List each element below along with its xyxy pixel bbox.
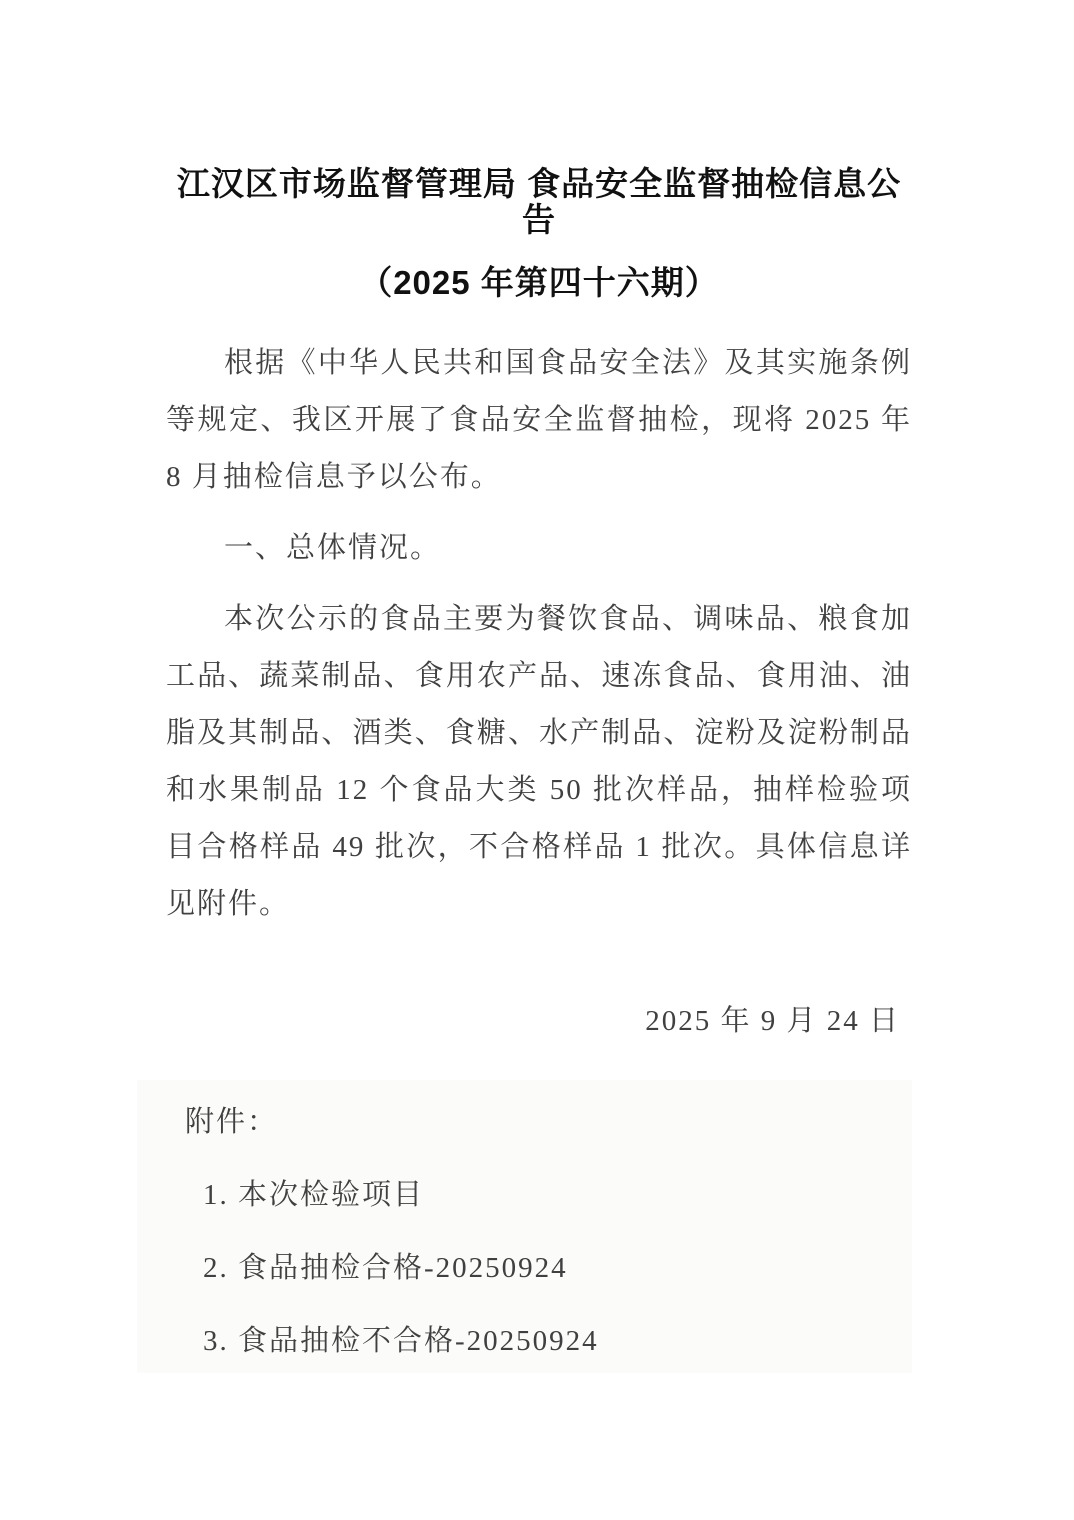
attachment-item-unqualified-20250924[interactable]: 3. 食品抽检不合格-20250924 bbox=[203, 1315, 912, 1367]
attachment-item-qualified-20250924[interactable]: 2. 食品抽检合格-20250924 bbox=[203, 1242, 912, 1294]
title-line-1: 江汉区市场监督管理局 食品安全监督抽检信息公告 bbox=[166, 166, 912, 239]
section-heading: 一、总体情况。 bbox=[166, 520, 912, 577]
document-content: 江汉区市场监督管理局 食品安全监督抽检信息公告 （2025 年第四十六期） 根据… bbox=[166, 166, 912, 1373]
document-page: 江汉区市场监督管理局 食品安全监督抽检信息公告 （2025 年第四十六期） 根据… bbox=[0, 0, 1074, 1520]
publish-date: 2025 年 9 月 24 日 bbox=[166, 993, 912, 1050]
intro-paragraph: 根据《中华人民共和国食品安全法》及其实施条例等规定、我区开展了食品安全监督抽检，… bbox=[166, 335, 912, 506]
attachments-section: 附件： 1. 本次检验项目 2. 食品抽检合格-20250924 3. 食品抽检… bbox=[137, 1080, 912, 1373]
document-title: 江汉区市场监督管理局 食品安全监督抽检信息公告 （2025 年第四十六期） bbox=[166, 166, 912, 301]
overview-paragraph: 本次公示的食品主要为餐饮食品、调味品、粮食加工品、蔬菜制品、食用农产品、速冻食品… bbox=[166, 591, 912, 933]
attachments-label: 附件： bbox=[185, 1096, 912, 1148]
attachment-item-inspection-projects[interactable]: 1. 本次检验项目 bbox=[203, 1169, 912, 1221]
title-line-2: （2025 年第四十六期） bbox=[166, 265, 912, 301]
